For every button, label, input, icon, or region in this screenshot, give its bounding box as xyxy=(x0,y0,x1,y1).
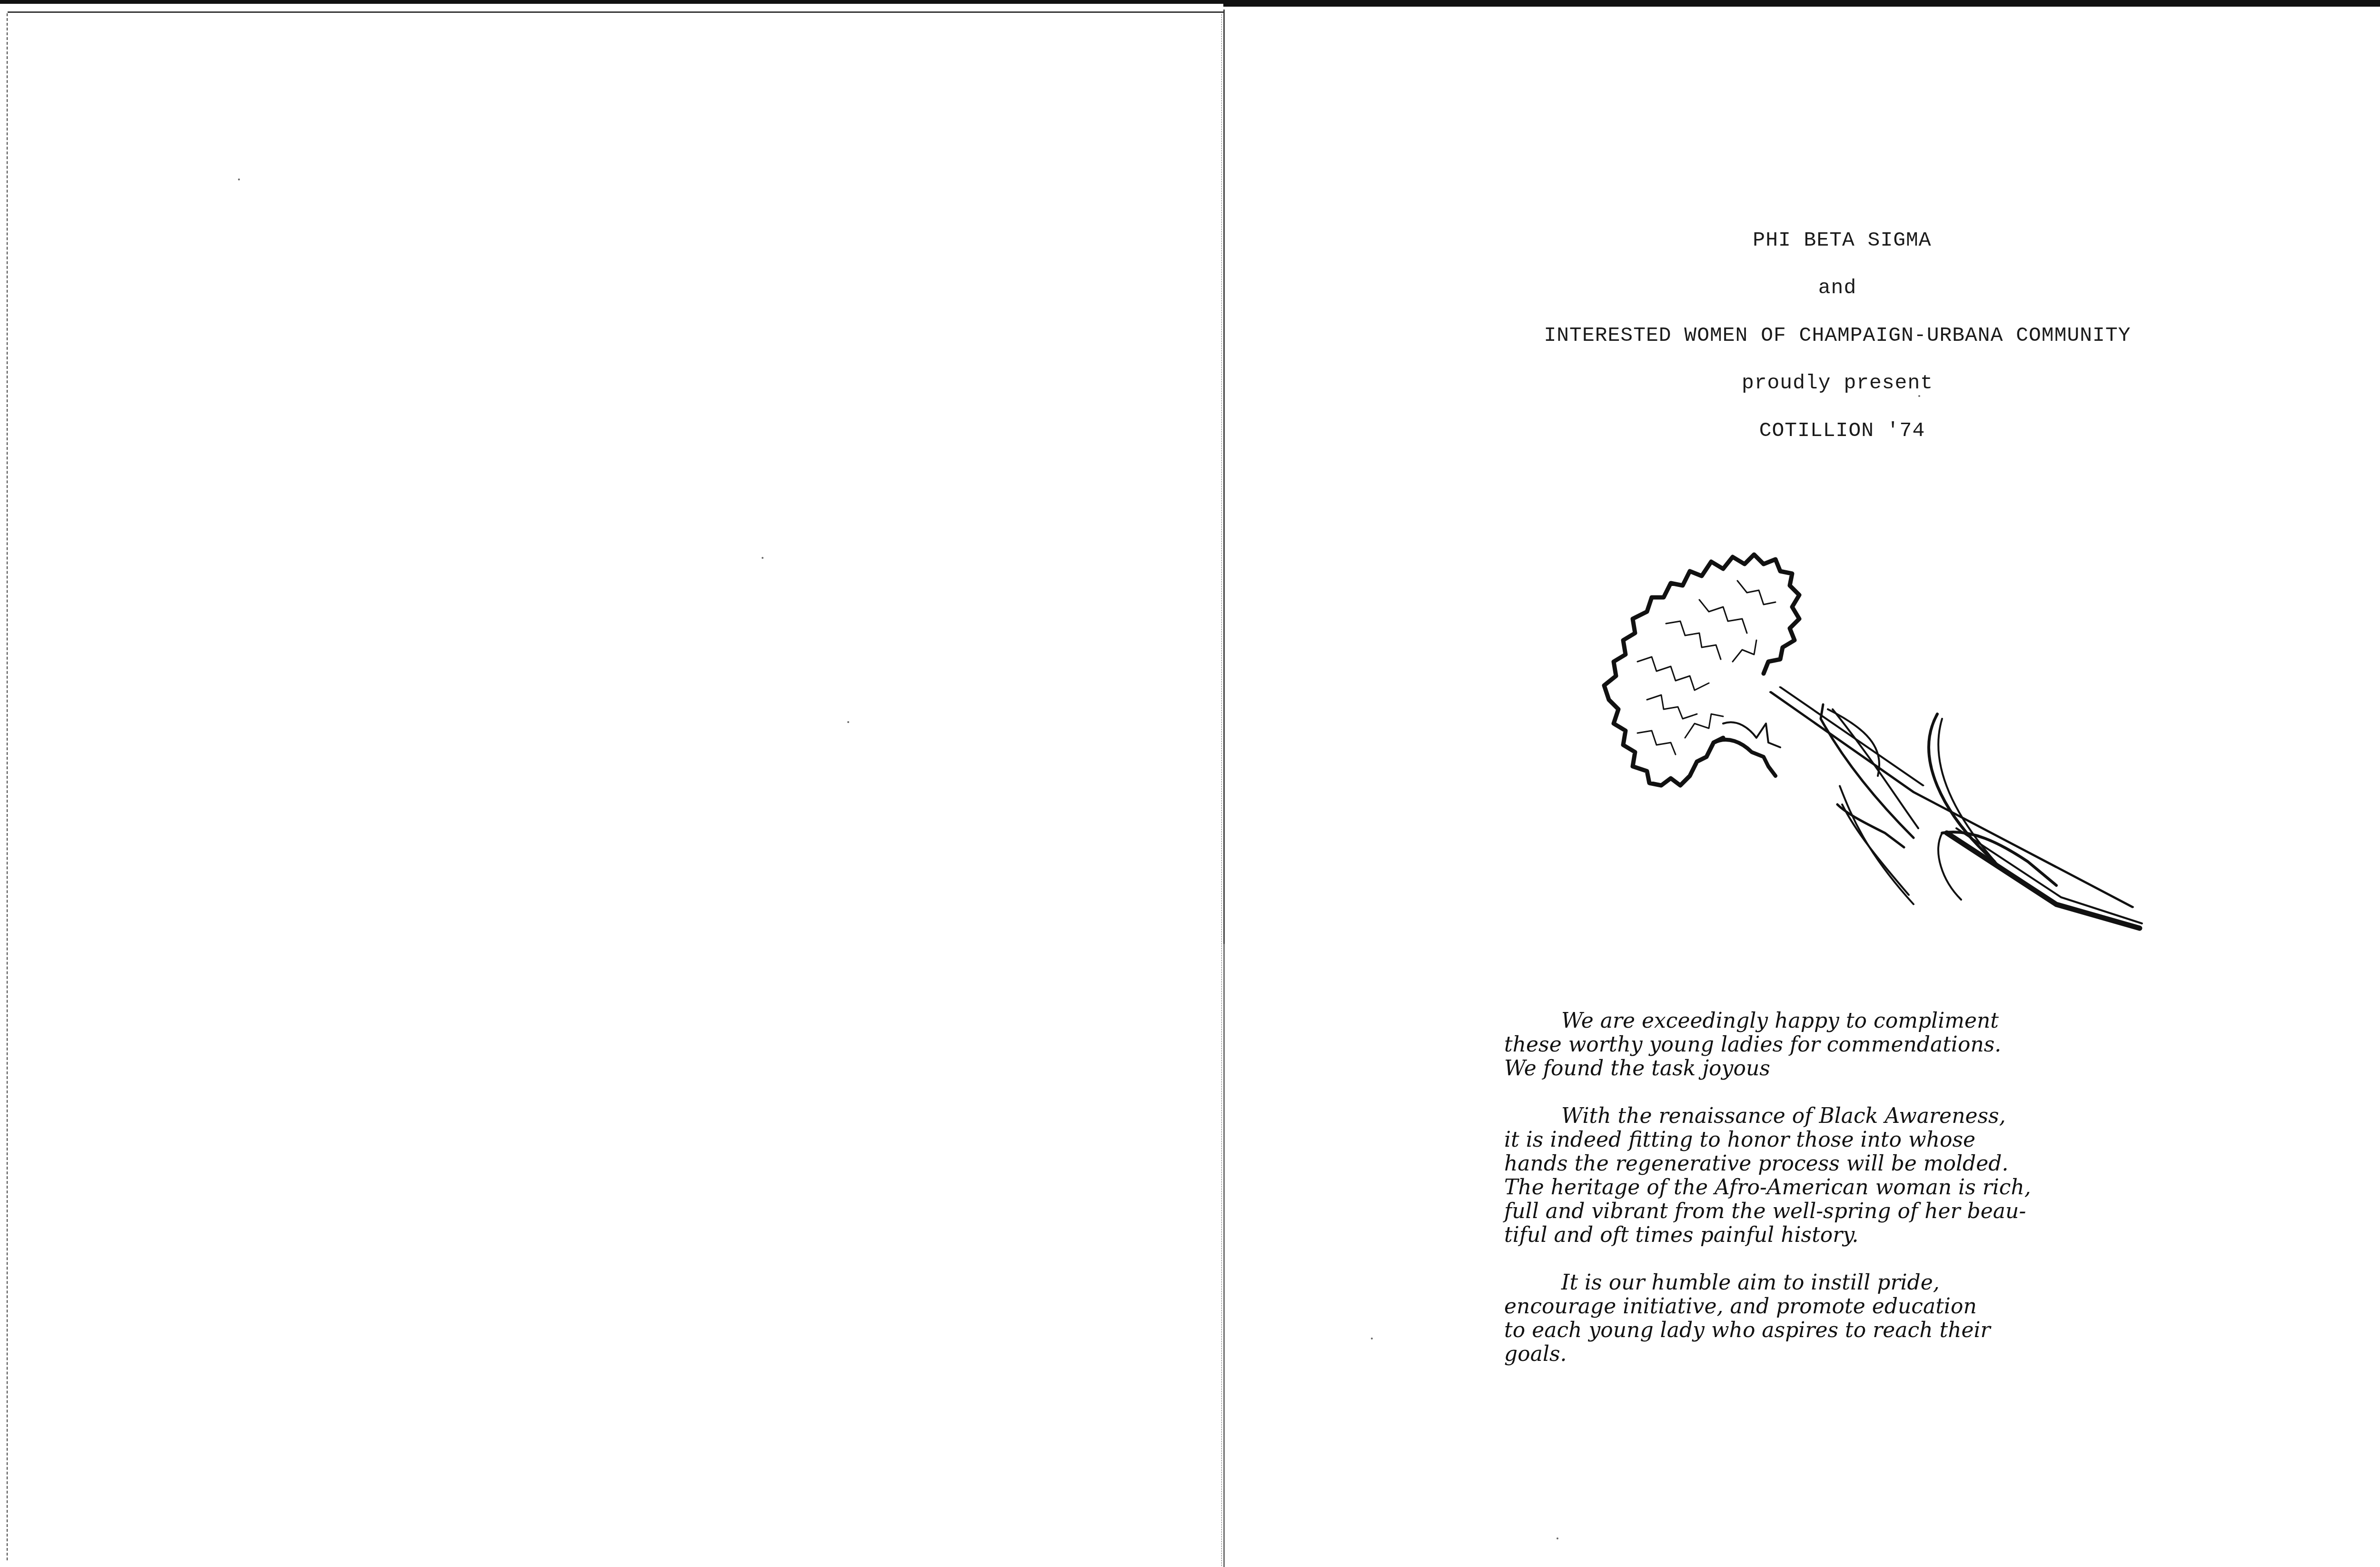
text-line: The heritage of the Afro-American woman … xyxy=(1504,1176,2247,1200)
left-page-blank xyxy=(8,14,1223,1567)
paragraph-aim: It is our humble aim to instill pride, e… xyxy=(1504,1271,2247,1366)
text-line: tiful and oft times painful history. xyxy=(1504,1223,2247,1247)
title-co-host: INTERESTED WOMEN OF CHAMPAIGN-URBANA COM… xyxy=(1428,312,2247,359)
spine-fold xyxy=(1223,10,1225,1567)
text-line: encourage initiative, and promote educat… xyxy=(1504,1295,2247,1319)
title-organization: PHI BETA SIGMA xyxy=(1438,217,2247,264)
text-line: full and vibrant from the well-spring of… xyxy=(1504,1200,2247,1223)
paragraph-heritage: With the renaissance of Black Awareness,… xyxy=(1504,1104,2247,1247)
text-line: goals. xyxy=(1504,1342,2247,1366)
title-event-name: COTILLION '74 xyxy=(1438,407,2247,455)
title-conjunction: and xyxy=(1428,264,2247,312)
scan-speck xyxy=(762,557,764,559)
text-line: We are exceedingly happy to compliment xyxy=(1504,1009,2247,1033)
program-title-block: PHI BETA SIGMA and INTERESTED WOMEN OF C… xyxy=(1428,217,2247,455)
scan-speck xyxy=(847,721,849,723)
text-line: hands the regenerative process will be m… xyxy=(1504,1152,2247,1176)
text-line: to each young lady who aspires to reach … xyxy=(1504,1319,2247,1342)
paragraph-commendation: We are exceedingly happy to compliment t… xyxy=(1504,1009,2247,1081)
carnation-head xyxy=(1604,555,1799,785)
dedication-text: We are exceedingly happy to compliment t… xyxy=(1504,1009,2247,1390)
text-line: it is indeed fitting to honor those into… xyxy=(1504,1128,2247,1152)
text-line: We found the task joyous xyxy=(1504,1057,2247,1081)
scan-speck xyxy=(238,179,240,180)
carnation-flower-illustration xyxy=(1580,519,2166,938)
title-presents: proudly present xyxy=(1428,359,2247,407)
scan-speck xyxy=(1371,1338,1373,1339)
scan-speck xyxy=(1557,1537,1558,1539)
text-line: these worthy young ladies for commendati… xyxy=(1504,1033,2247,1057)
left-page-top-border xyxy=(8,11,1224,13)
scan-top-edge-right xyxy=(1223,0,2380,7)
text-line: With the renaissance of Black Awareness, xyxy=(1504,1104,2247,1128)
text-line: It is our humble aim to instill pride, xyxy=(1504,1271,2247,1295)
scan-speck xyxy=(1918,395,1920,397)
